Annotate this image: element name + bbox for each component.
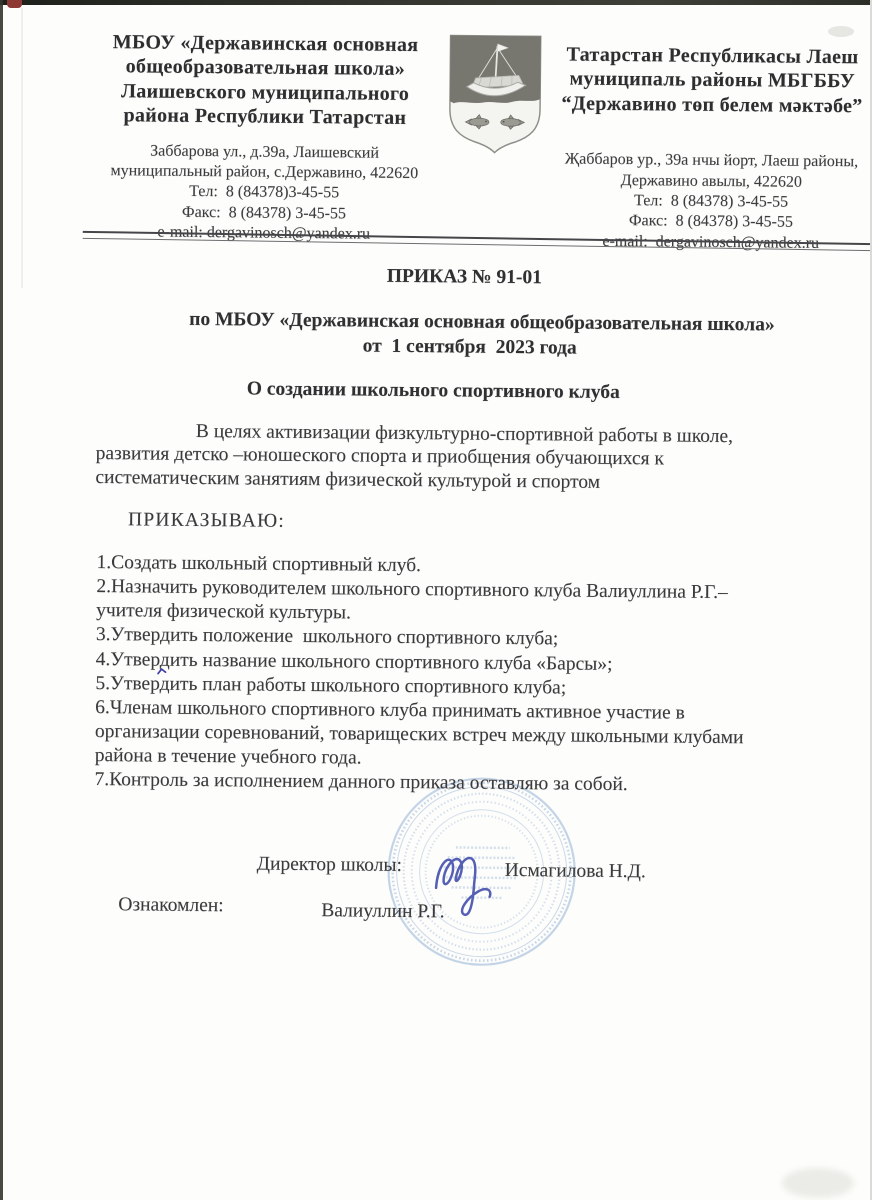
acknowledged-name: Валиуллин Р.Г. (321, 900, 445, 923)
acknowledged-label: Ознакомлен: (118, 894, 224, 917)
scan-edge-top (0, 0, 872, 5)
scan-corner-red-mark (7, 0, 22, 8)
document-content: МБОУ «Державинская основная общеобразова… (88, 0, 871, 1200)
scanned-document-page: МБОУ «Державинская основная общеобразова… (0, 0, 872, 1200)
director-label: Директор школы: (257, 854, 402, 877)
scan-edge-left (0, 0, 3, 1200)
signature-block: Директор школы: Исмагилова Н.Д. Ознакомл… (88, 0, 871, 1200)
director-name: Исмагилова Н.Д. (505, 860, 646, 883)
paper-crease (21, 8, 23, 288)
